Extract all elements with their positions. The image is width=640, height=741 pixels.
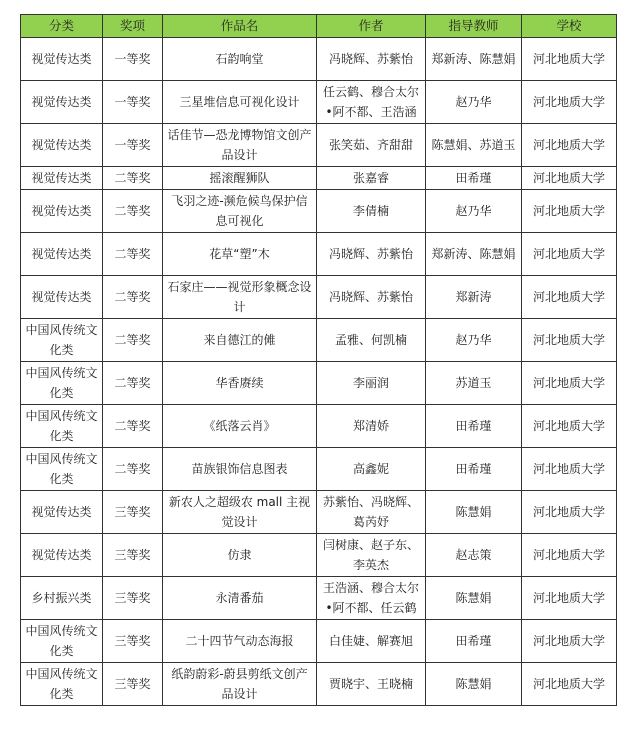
school-cell: 河北地质大学 (522, 190, 617, 233)
award-cell: 三等奖 (103, 663, 163, 706)
table-row: 视觉传达类二等奖石家庄——视觉形象概念设计冯晓辉、苏紫怡郑新涛河北地质大学 (21, 276, 617, 319)
work-title-cell: 《纸落云肖》 (163, 405, 317, 448)
school-cell: 河北地质大学 (522, 362, 617, 405)
author-cell: 冯晓辉、苏紫怡 (317, 276, 426, 319)
category-cell: 中国风传统文化类 (21, 448, 103, 491)
school-cell: 河北地质大学 (522, 620, 617, 663)
column-header-category: 分类 (21, 15, 103, 38)
work-title-cell: 新农人之超级农 mall 主视觉设计 (163, 491, 317, 534)
table-row: 视觉传达类二等奖花草“塑”木冯晓辉、苏紫怡郑新涛、陈慧娟河北地质大学 (21, 233, 617, 276)
table-row: 中国风传统文化类二等奖华香赓续李丽润苏道玉河北地质大学 (21, 362, 617, 405)
category-cell: 中国风传统文化类 (21, 620, 103, 663)
author-cell: 郑清娇 (317, 405, 426, 448)
award-cell: 二等奖 (103, 448, 163, 491)
award-cell: 二等奖 (103, 233, 163, 276)
work-title-cell: 二十四节气动态海报 (163, 620, 317, 663)
column-header-school: 学校 (522, 15, 617, 38)
author-cell: 任云鹤、穆合太尔•阿不都、王浩涵 (317, 81, 426, 124)
work-title-cell: 三星堆信息可视化设计 (163, 81, 317, 124)
award-cell: 三等奖 (103, 491, 163, 534)
author-cell: 白佳婕、解赛旭 (317, 620, 426, 663)
school-cell: 河北地质大学 (522, 577, 617, 620)
work-title-cell: 话佳节—恐龙博物馆文创产品设计 (163, 124, 317, 167)
category-cell: 中国风传统文化类 (21, 405, 103, 448)
award-cell: 三等奖 (103, 620, 163, 663)
author-cell: 冯晓辉、苏紫怡 (317, 233, 426, 276)
category-cell: 视觉传达类 (21, 167, 103, 190)
advisor-cell: 郑新涛、陈慧娟 (426, 38, 522, 81)
category-cell: 视觉传达类 (21, 124, 103, 167)
category-cell: 视觉传达类 (21, 534, 103, 577)
advisor-cell: 陈慧娟 (426, 491, 522, 534)
work-title-cell: 永清番茄 (163, 577, 317, 620)
table-row: 视觉传达类一等奖三星堆信息可视化设计任云鹤、穆合太尔•阿不都、王浩涵赵乃华河北地… (21, 81, 617, 124)
advisor-cell: 田希瑾 (426, 448, 522, 491)
school-cell: 河北地质大学 (522, 276, 617, 319)
advisor-cell: 陈慧娟 (426, 663, 522, 706)
award-cell: 一等奖 (103, 38, 163, 81)
work-title-cell: 纸韵蔚彩-蔚县剪纸文创产品设计 (163, 663, 317, 706)
school-cell: 河北地质大学 (522, 38, 617, 81)
school-cell: 河北地质大学 (522, 81, 617, 124)
column-header-advisor: 指导教师 (426, 15, 522, 38)
author-cell: 闫树康、赵子东、李英杰 (317, 534, 426, 577)
advisor-cell: 赵乃华 (426, 190, 522, 233)
table-row: 中国风传统文化类三等奖纸韵蔚彩-蔚县剪纸文创产品设计贾晓宇、王晓楠陈慧娟河北地质… (21, 663, 617, 706)
table-row: 中国风传统文化类三等奖二十四节气动态海报白佳婕、解赛旭田希瑾河北地质大学 (21, 620, 617, 663)
category-cell: 中国风传统文化类 (21, 362, 103, 405)
school-cell: 河北地质大学 (522, 534, 617, 577)
school-cell: 河北地质大学 (522, 124, 617, 167)
author-cell: 高鑫妮 (317, 448, 426, 491)
work-title-cell: 石韵响堂 (163, 38, 317, 81)
award-cell: 一等奖 (103, 81, 163, 124)
category-cell: 视觉传达类 (21, 233, 103, 276)
advisor-cell: 田希瑾 (426, 620, 522, 663)
advisor-cell: 苏道玉 (426, 362, 522, 405)
category-cell: 视觉传达类 (21, 81, 103, 124)
work-title-cell: 飞羽之迹-濒危候鸟保护信息可视化 (163, 190, 317, 233)
author-cell: 李倩楠 (317, 190, 426, 233)
column-header-award: 奖项 (103, 15, 163, 38)
work-title-cell: 苗族银饰信息图表 (163, 448, 317, 491)
category-cell: 视觉传达类 (21, 190, 103, 233)
school-cell: 河北地质大学 (522, 405, 617, 448)
author-cell: 张嘉睿 (317, 167, 426, 190)
school-cell: 河北地质大学 (522, 319, 617, 362)
category-cell: 视觉传达类 (21, 38, 103, 81)
school-cell: 河北地质大学 (522, 233, 617, 276)
column-header-author: 作者 (317, 15, 426, 38)
award-cell: 二等奖 (103, 167, 163, 190)
awards-table: 分类 奖项 作品名 作者 指导教师 学校 视觉传达类一等奖石韵响堂冯晓辉、苏紫怡… (20, 14, 617, 706)
category-cell: 乡村振兴类 (21, 577, 103, 620)
table-row: 视觉传达类一等奖石韵响堂冯晓辉、苏紫怡郑新涛、陈慧娟河北地质大学 (21, 38, 617, 81)
advisor-cell: 田希瑾 (426, 167, 522, 190)
work-title-cell: 石家庄——视觉形象概念设计 (163, 276, 317, 319)
work-title-cell: 摇滚醒狮队 (163, 167, 317, 190)
school-cell: 河北地质大学 (522, 663, 617, 706)
category-cell: 视觉传达类 (21, 276, 103, 319)
table-row: 视觉传达类一等奖话佳节—恐龙博物馆文创产品设计张笑茹、齐甜甜陈慧娟、苏道玉河北地… (21, 124, 617, 167)
award-cell: 三等奖 (103, 577, 163, 620)
category-cell: 视觉传达类 (21, 491, 103, 534)
table-row: 视觉传达类三等奖新农人之超级农 mall 主视觉设计苏紫怡、冯晓辉、葛芮妤陈慧娟… (21, 491, 617, 534)
work-title-cell: 华香赓续 (163, 362, 317, 405)
advisor-cell: 田希瑾 (426, 405, 522, 448)
work-title-cell: 花草“塑”木 (163, 233, 317, 276)
award-cell: 一等奖 (103, 124, 163, 167)
work-title-cell: 仿隶 (163, 534, 317, 577)
author-cell: 李丽润 (317, 362, 426, 405)
advisor-cell: 陈慧娟、苏道玉 (426, 124, 522, 167)
table-row: 中国风传统文化类二等奖《纸落云肖》郑清娇田希瑾河北地质大学 (21, 405, 617, 448)
award-cell: 二等奖 (103, 405, 163, 448)
table-row: 视觉传达类三等奖仿隶闫树康、赵子东、李英杰赵志策河北地质大学 (21, 534, 617, 577)
header-row: 分类 奖项 作品名 作者 指导教师 学校 (21, 15, 617, 38)
advisor-cell: 郑新涛、陈慧娟 (426, 233, 522, 276)
work-title-cell: 来自德江的傩 (163, 319, 317, 362)
category-cell: 中国风传统文化类 (21, 319, 103, 362)
column-header-work-title: 作品名 (163, 15, 317, 38)
table-row: 视觉传达类二等奖摇滚醒狮队张嘉睿田希瑾河北地质大学 (21, 167, 617, 190)
author-cell: 孟雅、何凯楠 (317, 319, 426, 362)
table-row: 乡村振兴类三等奖永清番茄王浩涵、穆合太尔•阿不都、任云鹤陈慧娟河北地质大学 (21, 577, 617, 620)
advisor-cell: 赵志策 (426, 534, 522, 577)
school-cell: 河北地质大学 (522, 491, 617, 534)
advisor-cell: 赵乃华 (426, 319, 522, 362)
award-cell: 三等奖 (103, 534, 163, 577)
advisor-cell: 陈慧娟 (426, 577, 522, 620)
advisor-cell: 郑新涛 (426, 276, 522, 319)
award-cell: 二等奖 (103, 362, 163, 405)
school-cell: 河北地质大学 (522, 448, 617, 491)
table-row: 视觉传达类二等奖飞羽之迹-濒危候鸟保护信息可视化李倩楠赵乃华河北地质大学 (21, 190, 617, 233)
award-cell: 二等奖 (103, 190, 163, 233)
author-cell: 贾晓宇、王晓楠 (317, 663, 426, 706)
table-row: 中国风传统文化类二等奖苗族银饰信息图表高鑫妮田希瑾河北地质大学 (21, 448, 617, 491)
author-cell: 张笑茹、齐甜甜 (317, 124, 426, 167)
author-cell: 冯晓辉、苏紫怡 (317, 38, 426, 81)
award-cell: 二等奖 (103, 276, 163, 319)
advisor-cell: 赵乃华 (426, 81, 522, 124)
author-cell: 苏紫怡、冯晓辉、葛芮妤 (317, 491, 426, 534)
table-row: 中国风传统文化类二等奖来自德江的傩孟雅、何凯楠赵乃华河北地质大学 (21, 319, 617, 362)
award-cell: 二等奖 (103, 319, 163, 362)
category-cell: 中国风传统文化类 (21, 663, 103, 706)
author-cell: 王浩涵、穆合太尔•阿不都、任云鹤 (317, 577, 426, 620)
school-cell: 河北地质大学 (522, 167, 617, 190)
